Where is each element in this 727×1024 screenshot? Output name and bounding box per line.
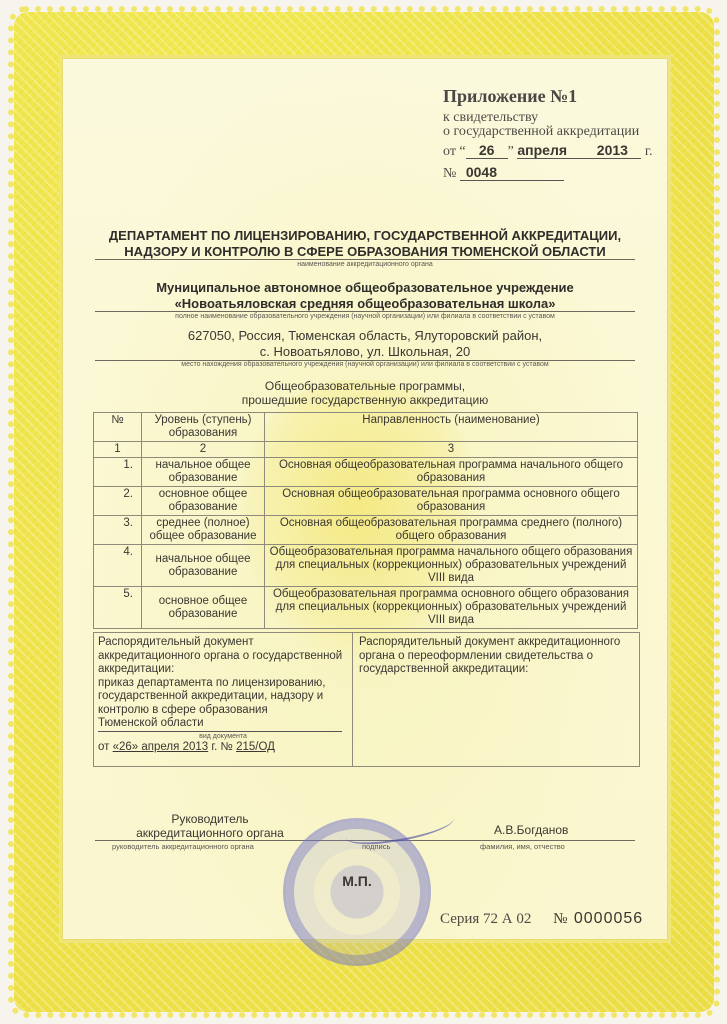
row-level: основное общее образование [142,587,265,629]
row-number: 3. [94,516,142,545]
row-level: начальное общее образование [142,545,265,587]
header-level: Уровень (ступень) образования [142,413,265,442]
number-prefix: № [443,166,456,181]
column-number-3: 3 [265,442,638,458]
table-row: 3. среднее (полное) общее образование Ос… [94,516,638,545]
signature-caption: подпись [362,842,390,851]
row-number: 5. [94,587,142,629]
annex-date: от “26” апреля2013 г. [443,142,653,160]
series-number: № 0000056 [553,910,643,927]
number-value: 0048 [460,164,564,181]
table-row: 2. основное общее образование Основная о… [94,487,638,516]
programs-title-line1: Общеобразовательные программы, [90,379,640,393]
row-number: 1. [94,458,142,487]
institution-caption: полное наименование образовательного учр… [90,313,640,320]
signatory-role: Руководитель аккредитационного органа [110,812,310,840]
table-column-numbers-row: 1 2 3 [94,442,638,458]
date-prefix: от “ [443,144,466,159]
row-level: среднее (полное) общее образование [142,516,265,545]
role-caption: руководитель аккредитационного органа [112,842,254,851]
header-number: № [94,413,142,442]
order-date: «26» апреля 2013 [113,741,209,753]
signatory-role-line1: Руководитель [110,812,310,826]
reissue-order-box: Распорядительный документ аккредитационн… [353,633,639,766]
table-row: 4. начальное общее образование Общеобраз… [94,545,638,587]
date-mid: ” [508,144,514,159]
signatory-name: А.В.Богданов [494,823,568,837]
date-year-suffix: г. [645,144,653,159]
number-prefix: г. № [211,741,233,753]
date-month: апреля [517,142,583,159]
annex-subtitle-line2: о государственной аккредитации [443,124,639,140]
row-program: Основная общеобразовательная программа с… [265,516,638,545]
institution-name: Муниципальное автономное общеобразовател… [90,280,640,312]
column-number-1: 1 [94,442,142,458]
annex-number: № 0048 [443,164,564,182]
document-kind-caption: вид документа [98,732,348,741]
signatory-role-line2: аккредитационного органа [110,826,310,840]
row-program: Общеобразовательная программа основного … [265,587,638,629]
institution-name-line2: «Новоатьяловская средняя общеобразовател… [90,296,640,312]
programs-title-line2: прошедшие государственную аккредитацию [90,393,640,407]
address-caption: место нахождения образовательного учрежд… [90,361,640,368]
certificate-series: Серия 72 А 02 № 0000056 [440,910,643,928]
authority-name-line1: ДЕПАРТАМЕНТ ПО ЛИЦЕНЗИРОВАНИЮ, ГОСУДАРСТ… [90,228,640,244]
accreditation-order-heading: Распорядительный документ аккредитационн… [98,636,348,677]
table-row: 1. начальное общее образование Основная … [94,458,638,487]
address-line1: 627050, Россия, Тюменская область, Ялуто… [90,328,640,344]
date-day: 26 [466,142,508,159]
date-year: 2013 [583,142,641,159]
row-level: основное общее образование [142,487,265,516]
table-row: 5. основное общее образование Общеобразо… [94,587,638,629]
institution-address: 627050, Россия, Тюменская область, Ялуто… [90,328,640,360]
date-prefix: от [98,741,109,753]
accreditation-order-body: приказ департамента по лицензированию, г… [98,677,348,718]
authority-caption: наименование аккредитационного органа [90,261,640,268]
row-number: 4. [94,545,142,587]
column-number-2: 2 [142,442,265,458]
row-program: Основная общеобразовательная программа о… [265,487,638,516]
row-number: 2. [94,487,142,516]
header-direction: Направленность (наименование) [265,413,638,442]
document-kind: Тюменской области [98,717,342,732]
row-program: Общеобразовательная программа начального… [265,545,638,587]
programs-table: № Уровень (ступень) образования Направле… [93,412,638,629]
order-number: 215/ОД [236,741,275,753]
series-number-value: 0000056 [574,910,643,927]
administrative-documents: Распорядительный документ аккредитационн… [93,632,640,767]
table-header-row: № Уровень (ступень) образования Направле… [94,413,638,442]
address-line2: с. Новоатьялово, ул. Школьная, 20 [90,344,640,360]
accreditation-order-box: Распорядительный документ аккредитационн… [94,633,353,766]
series-number-prefix: № [553,911,568,927]
annex-title: Приложение №1 [443,86,577,107]
name-caption: фамилия, имя, отчество [480,842,565,851]
authority-name-line2: НАДЗОРУ И КОНТРОЛЮ В СФЕРЕ ОБРАЗОВАНИЯ Т… [90,244,640,260]
authority-name: ДЕПАРТАМЕНТ ПО ЛИЦЕНЗИРОВАНИЮ, ГОСУДАРСТ… [90,228,640,260]
institution-name-line1: Муниципальное автономное общеобразовател… [90,280,640,296]
row-level: начальное общее образование [142,458,265,487]
stamp-label: М.П. [286,873,428,889]
divider [95,311,635,312]
row-program: Основная общеобразовательная программа н… [265,458,638,487]
divider [95,259,635,260]
series-label: Серия 72 А 02 [440,911,531,927]
reissue-order-heading: Распорядительный документ аккредитационн… [359,636,633,677]
programs-title: Общеобразовательные программы, прошедшие… [90,379,640,407]
accreditation-order-date: от «26» апреля 2013 г. № 215/ОД [98,741,348,755]
